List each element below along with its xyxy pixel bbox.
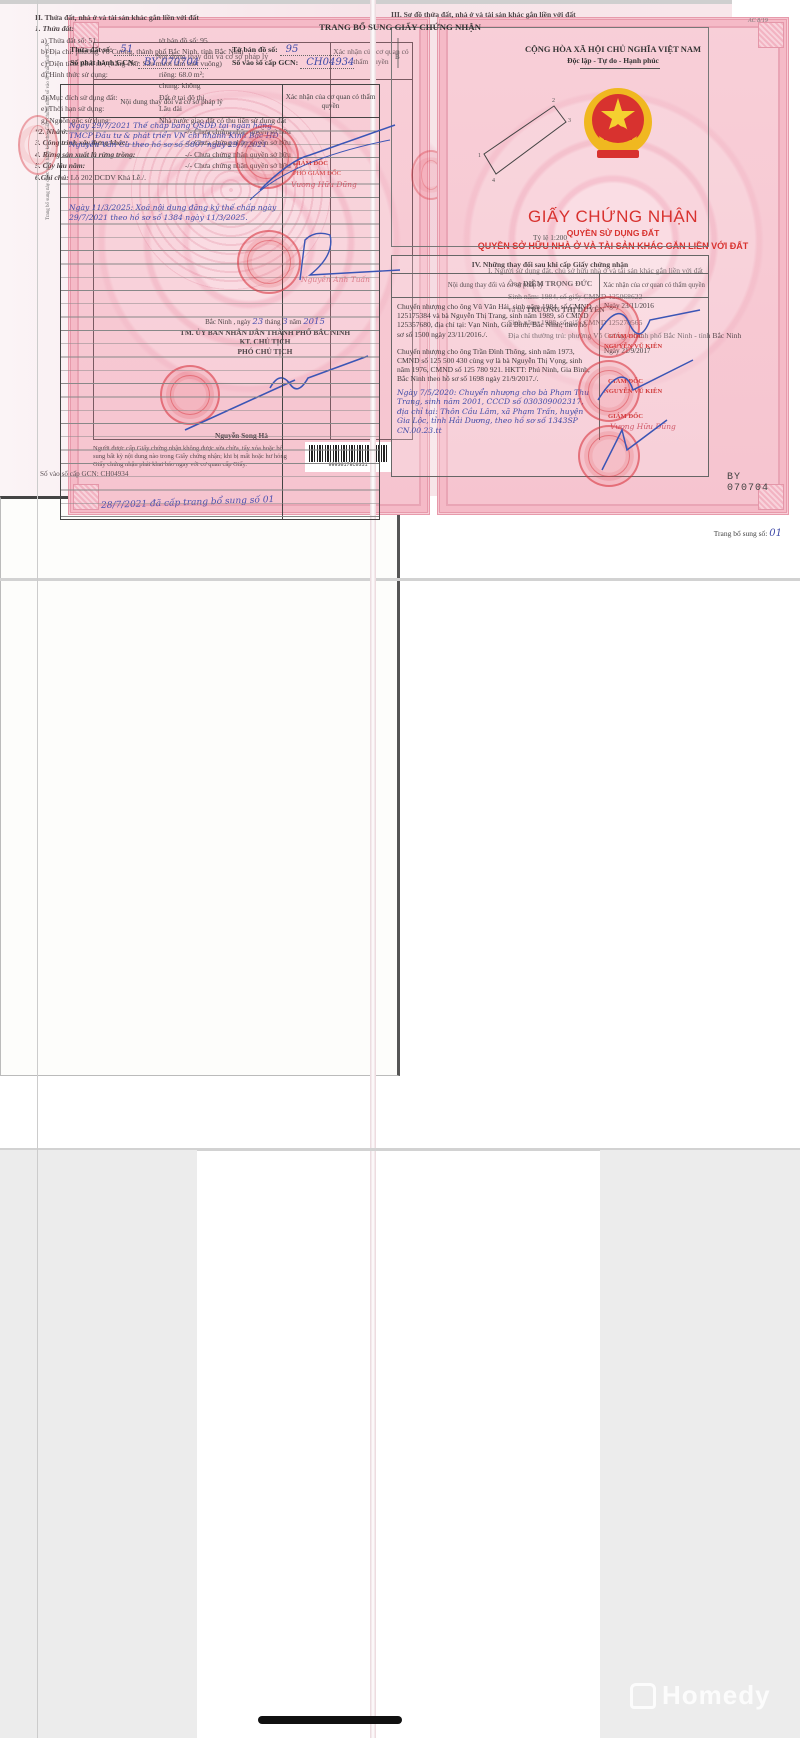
map-field: Tờ bản đồ số: 95 <box>232 44 340 56</box>
certificate-serial: BY 070704 <box>727 472 786 494</box>
register-field: Số vào sổ cấp GCN: CH04934 <box>232 57 354 69</box>
section4-title: IV. Những thay đổi sau khi cấp Giấy chứn… <box>392 256 708 274</box>
svg-text:4: 4 <box>492 178 495 184</box>
background-margin <box>0 1150 197 1738</box>
page-number-value: 01 <box>769 528 782 539</box>
supplement-title: TRANG BỔ SUNG GIẤY CHỨNG NHẬN <box>0 22 800 32</box>
issue-label: Số phát hành GCN: <box>70 58 136 67</box>
vertical-note: Trang bổ sung này được phát hành kèm the… <box>46 43 51 220</box>
parcel-diagram: B 1 2 3 4 <box>392 28 708 246</box>
register-label: Số vào sổ cấp GCN: <box>232 58 298 67</box>
section4-col-confirmation: Xác nhận của cơ quan có thẩm quyền <box>600 274 708 297</box>
map-value: 95 <box>280 44 340 56</box>
parcel-sketch: B 1 2 3 4 Tỷ lệ 1:200 <box>391 27 709 247</box>
supplement-signatures <box>240 120 400 300</box>
parcel-value: 51 <box>114 44 184 56</box>
parcel-field: Thửa đất số: 51 <box>70 44 184 56</box>
parcel-label: Thửa đất số: <box>70 45 112 54</box>
usage-form-label: d) Hình thức sử dụng: <box>41 69 159 80</box>
background-margin <box>600 1150 800 1738</box>
supplement-table-header: Nội dung thay đổi và cơ sở pháp lý Xác n… <box>61 85 379 118</box>
section3-title: III. Sơ đồ thửa đất, nhà ở và tài sản kh… <box>391 10 576 19</box>
change-entry-content-handwritten: Ngày 7/5/2020: Chuyển nhượng cho bà Phạm… <box>392 388 600 440</box>
section4-col-content: Nội dung thay đổi và cơ sở pháp lý <box>392 274 600 297</box>
sketch-scale: Tỷ lệ 1:200 <box>392 233 708 242</box>
issue-field: Số phát hành GCN: BY 070704 <box>70 57 208 69</box>
home-indicator[interactable] <box>258 1716 402 1724</box>
seal-stamp-edge <box>18 115 58 175</box>
scan-separator <box>0 578 800 581</box>
page-number-label: Trang bổ sung số: <box>714 529 768 538</box>
supplement-col-content: Nội dung thay đổi và cơ sở pháp lý <box>61 85 282 117</box>
usage-form-private: riêng: 68.0 m²; <box>159 69 204 80</box>
supplement-page: TRANG BỔ SUNG GIẤY CHỨNG NHẬN Thửa đất s… <box>0 496 400 1076</box>
change-entry-content: Chuyển nhượng cho ông Trần Đình Thông, s… <box>392 343 600 388</box>
svg-text:2: 2 <box>552 98 555 104</box>
svg-text:1: 1 <box>478 153 481 159</box>
section4-header: Nội dung thay đổi và cơ sở pháp lý Xác n… <box>392 274 708 298</box>
supplement-page-number: Trang bổ sung số: 01 <box>714 528 782 539</box>
map-label: Tờ bản đồ số: <box>232 45 278 54</box>
official-signatures <box>590 300 710 480</box>
binding-margin <box>37 0 38 1738</box>
usage-form-row: d) Hình thức sử dụng: riêng: 68.0 m²; <box>35 69 365 80</box>
issue-value: BY 070704 <box>138 57 208 69</box>
register-value: CH04934 <box>300 57 354 69</box>
change-entry-content: Chuyển nhượng cho ông Vũ Văn Hải, sinh n… <box>392 298 600 343</box>
watermark: Homedy <box>630 1680 771 1711</box>
supplement-col-confirmation: Xác nhận của cơ quan có thẩm quyền <box>282 85 379 117</box>
watermark-text: Homedy <box>662 1680 771 1711</box>
svg-text:3: 3 <box>568 118 571 124</box>
house-logo-icon <box>630 1683 656 1709</box>
svg-text:B: B <box>395 53 400 61</box>
